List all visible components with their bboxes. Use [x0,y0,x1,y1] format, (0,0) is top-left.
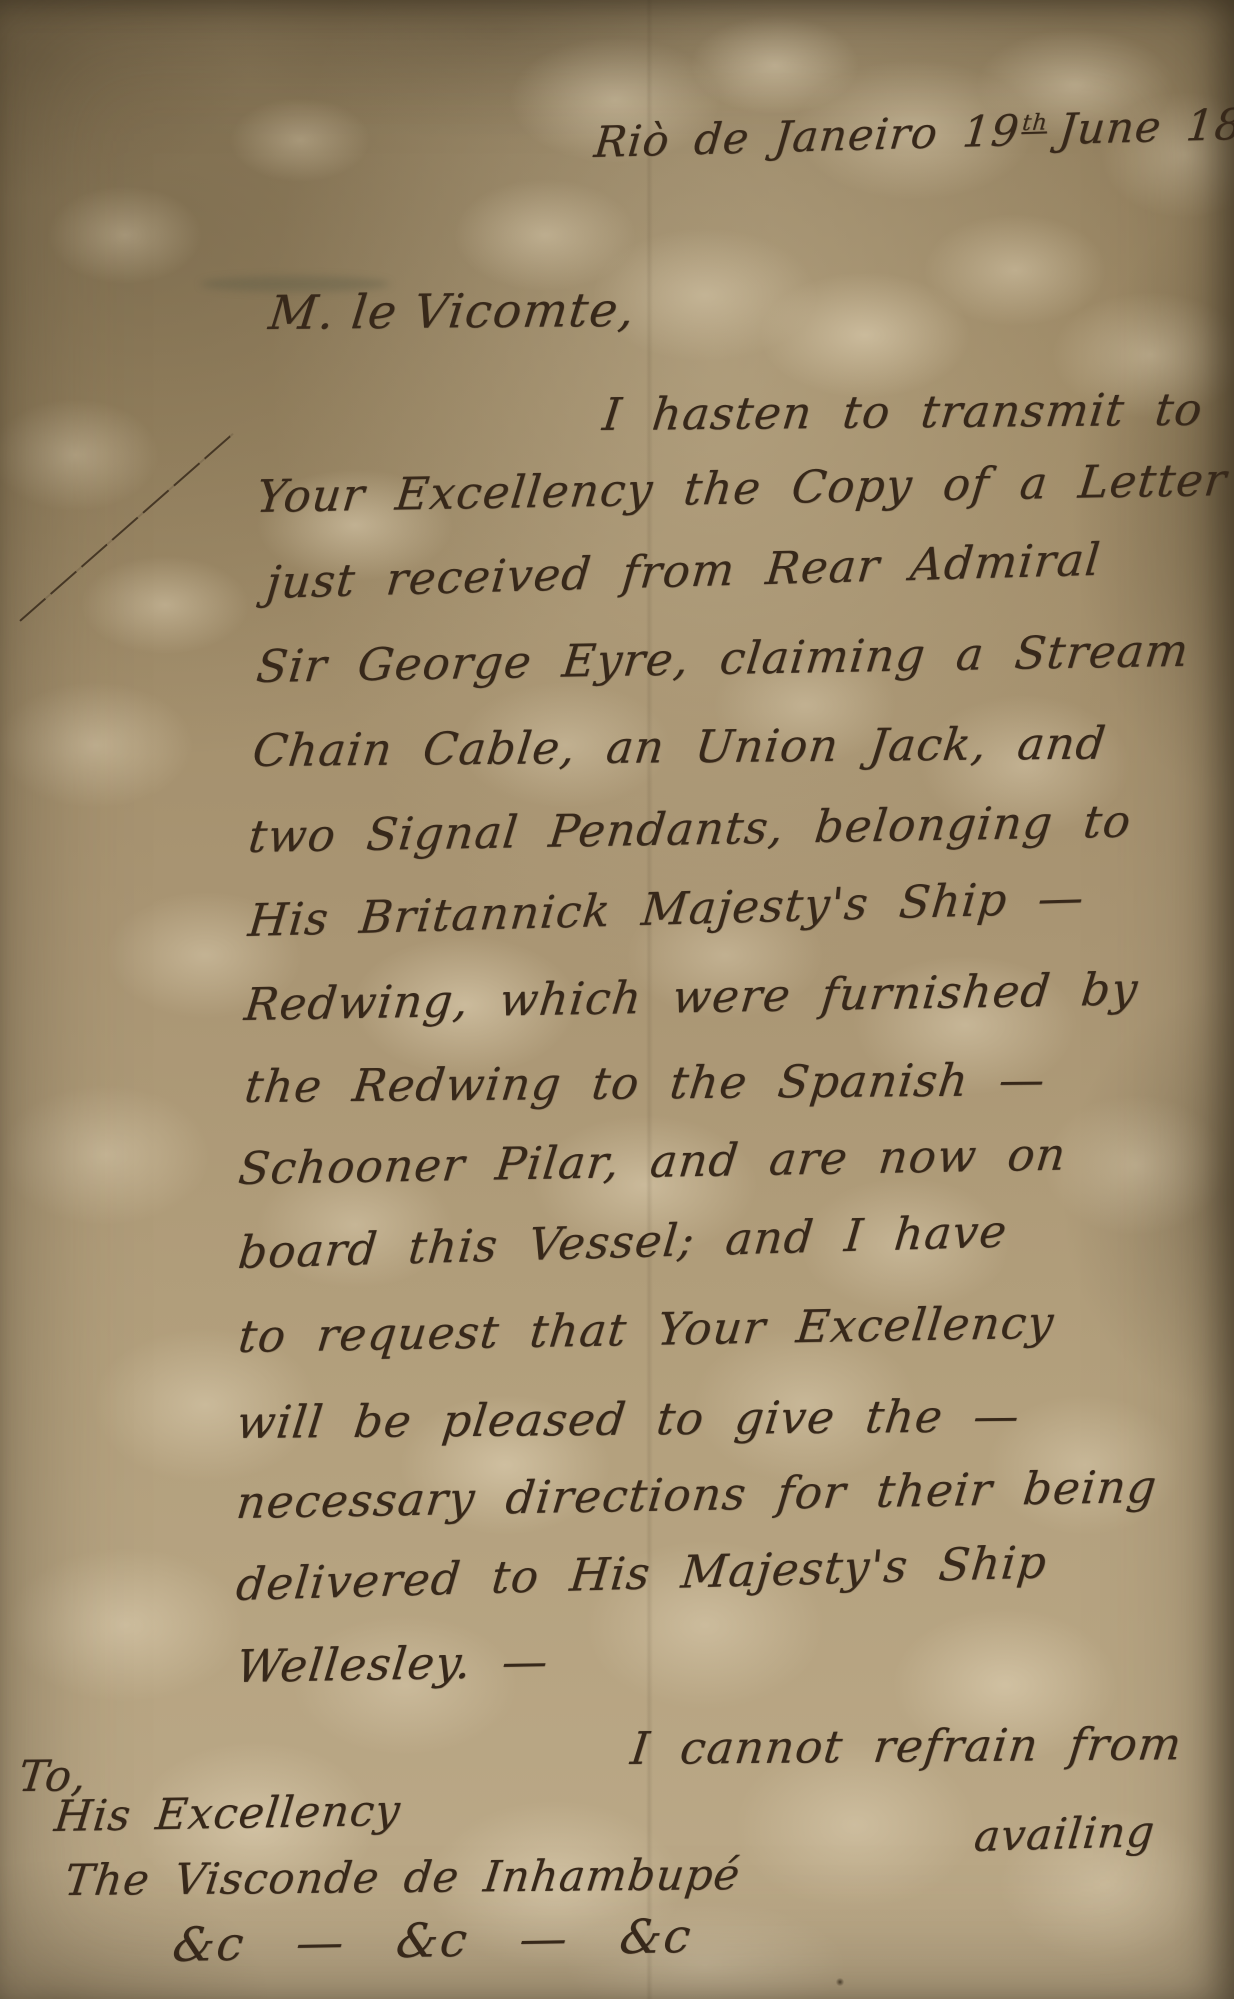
salutation: M. le Vicomte, [266,283,638,341]
dateline-rest: June 1826 [1057,98,1234,155]
letter-line: I hasten to transmit to [600,383,1206,441]
dateline: Riò de Janeiro 19thJune 1826 [592,98,1234,168]
etcetera-flourishes: &c — &c — &c [170,1909,695,1973]
letter-line: His Britannick Majesty's Ship — [246,871,1087,947]
letter-line: necessary directions for their being [234,1460,1160,1529]
letter-line: to request that Your Excellency [236,1296,1057,1363]
letter-line: two Signal Pendants, belonging to [246,795,1134,863]
letter-line: will be pleased to give the — [234,1389,1023,1449]
letter-line: Your Excellency the Copy of a Letter [254,453,1230,523]
letter-line: Chain Cable, an Union Jack, and [250,717,1109,777]
letter-line: I cannot refrain from [628,1717,1185,1775]
letter-page: Riò de Janeiro 19thJune 1826 M. le Vicom… [0,0,1234,1999]
letter-line: Sir George Eyre, claiming a Stream [254,624,1192,693]
letter-line: Schooner Pilar, and are now on [236,1128,1069,1195]
pen-slash-mark [19,433,234,622]
dateline-place-day: Riò de Janeiro 19 [592,106,1022,168]
letter-line: Wellesley. — [234,1635,551,1693]
letter-line: Redwing, which were furnished by [242,962,1141,1031]
address-line: The Visconde de Inhambupé [62,1850,743,1906]
letter-line: delivered to His Majesty's Ship [234,1535,1050,1611]
letter-line: just received from Rear Admiral [264,533,1103,609]
catchword: availing [972,1807,1157,1862]
letter-line: the Redwing to the Spanish — [242,1053,1048,1113]
letter-line: board this Vessel; and I have [236,1205,1010,1279]
address-line: His Excellency [52,1786,403,1842]
date-ordinal: th [1021,109,1049,136]
